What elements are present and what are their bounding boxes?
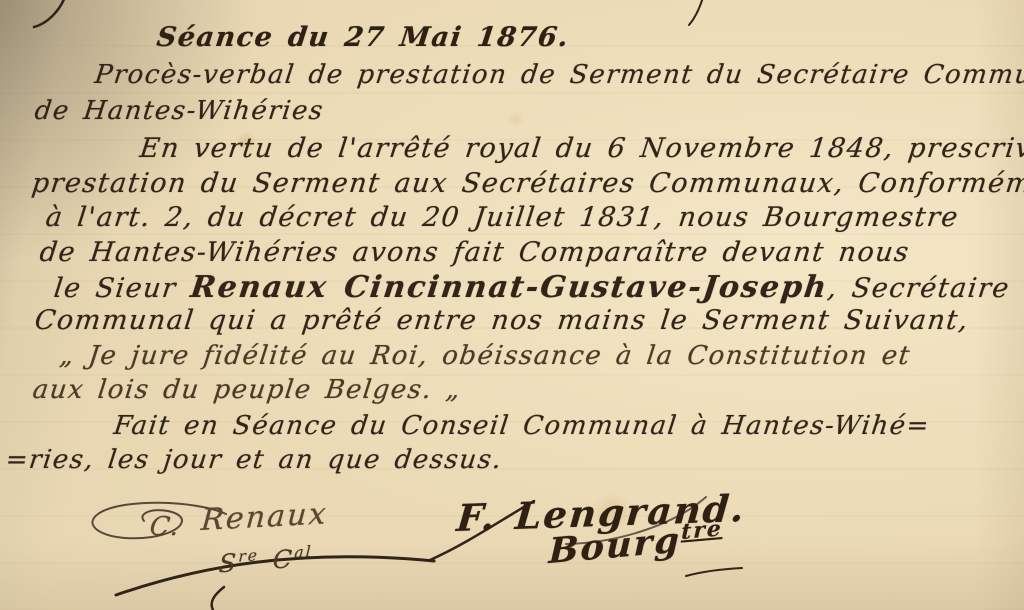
secretaire-abbrev-sup: re: [238, 546, 260, 565]
title-line-2: de Hantes-Wihéries: [33, 96, 326, 126]
body-line-6: Communal qui a prêté entre nos mains le …: [33, 305, 971, 336]
signature-left-name: Renaux: [200, 496, 329, 538]
secretaire-abbrev-base: S: [218, 548, 239, 578]
communal-abbrev-sup: al: [294, 543, 313, 562]
body-line-5-prefix: le Sieur: [52, 273, 192, 304]
body-line-2: prestation du Serment aux Secrétaires Co…: [30, 168, 1024, 199]
title-line-1: Procès-verbal de prestation de Serment d…: [93, 60, 1024, 90]
top-right-descender-stroke: [689, 0, 704, 25]
signature-left-initial: C.: [148, 512, 182, 542]
body-line-4: de Hantes-Wihéries avons fait Comparaîtr…: [38, 237, 912, 268]
bottom-partial-stroke: [212, 587, 224, 610]
oath-line-1: „ Je jure fidélité au Roi, obéissance à …: [58, 341, 913, 371]
bourgmestre-abbrev-sup: tre: [681, 516, 723, 545]
closing-line-1: Fait en Séance du Conseil Communal à Han…: [112, 411, 932, 441]
closing-line-2: =ries, les jour et an que dessus.: [4, 445, 504, 475]
tre-superscript-underline: [686, 568, 742, 576]
body-line-3: à l'art. 2, du décret du 20 Juillet 1831…: [44, 202, 961, 233]
session-date-line: Séance du 27 Mai 1876.: [155, 22, 571, 53]
secretary-name: Renaux Cincinnat-Gustave-Joseph: [189, 270, 830, 305]
communal-abbrev-base: C: [258, 544, 295, 575]
body-line-1: En vertu de l'arrêté royal du 6 Novembre…: [138, 133, 1024, 164]
body-line-5: le Sieur Renaux Cincinnat-Gustave-Joseph…: [52, 270, 1012, 305]
body-line-5-suffix: , Secrétaire: [826, 273, 1012, 304]
oath-line-2: aux lois du peuple Belges. „: [31, 375, 463, 405]
top-left-descender-stroke: [34, 0, 66, 27]
manuscript-page: Séance du 27 Mai 1876. Procès-verbal de …: [0, 0, 1024, 610]
